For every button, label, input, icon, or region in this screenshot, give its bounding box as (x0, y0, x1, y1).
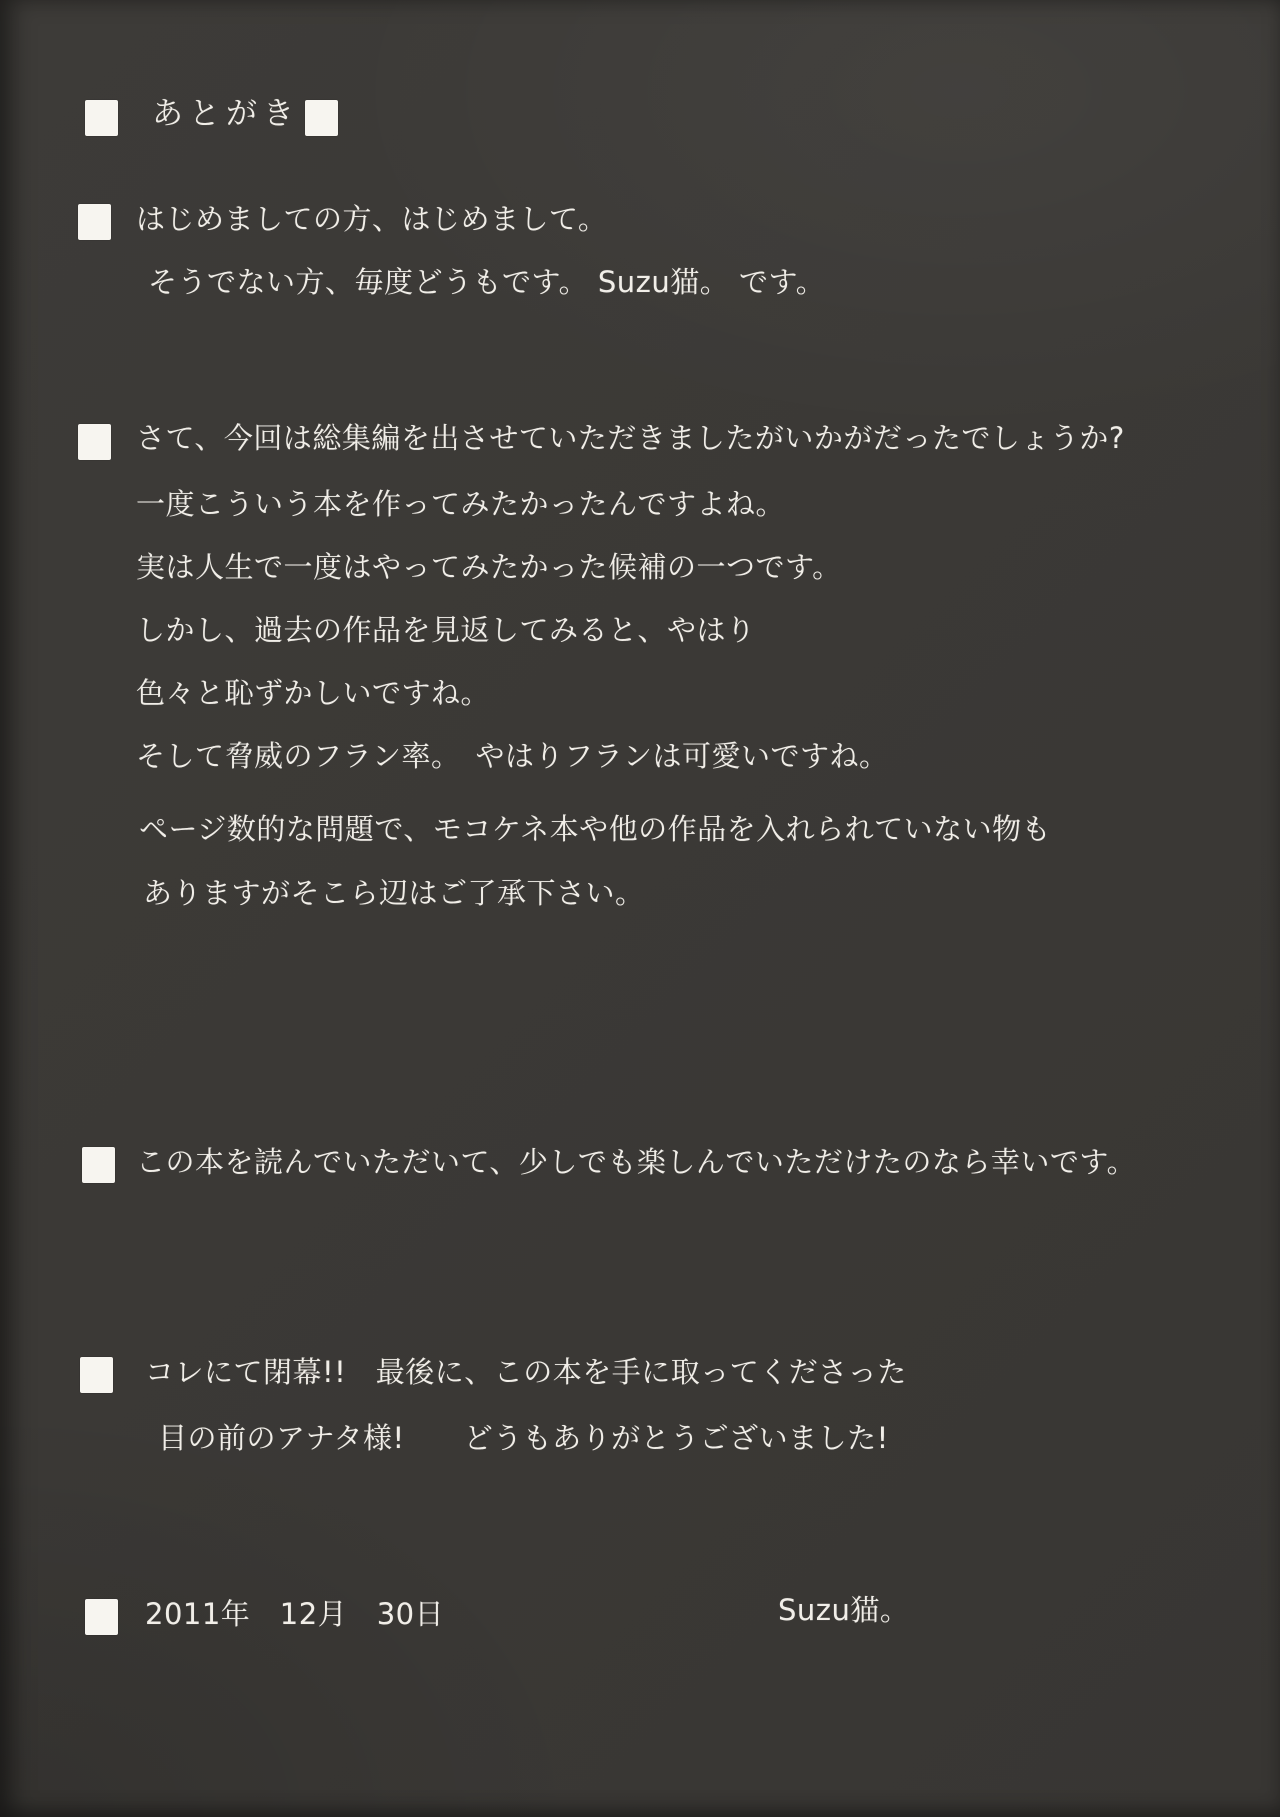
main-line-1: さて、今回は総集編を出させていただきましたがいかがだったでしょうか? (136, 421, 1125, 456)
thanks-line: この本を読んでいただいて、少しでも楽しんでいただけたのなら幸いです。 (136, 1145, 1136, 1180)
greeting-bullet-square (78, 204, 111, 240)
closing-bullet-square (80, 1357, 113, 1393)
footer-date: 2011年 12月 30日 (145, 1597, 444, 1632)
main-line-4: しかし、過去の作品を見返してみると、やはり (136, 613, 756, 648)
closing-line-2: 目の前のアナタ様! どうもありがとうございました! (158, 1421, 889, 1456)
title-bullet-right-square (305, 100, 338, 136)
greeting-line-2: そうでない方、毎度どうもです。 Suzu猫。 です。 (148, 265, 825, 300)
main-line-6: そして脅威のフラン率。 やはりフランは可愛いですね。 (136, 739, 889, 774)
main-line-2: 一度こういう本を作ってみたかったんですよね。 (136, 487, 785, 522)
greeting-line-1: はじめましての方、はじめまして。 (136, 202, 607, 237)
main-line-5: 色々と恥ずかしいですね。 (136, 676, 490, 711)
title-bullet-left-square (85, 100, 118, 136)
main-bullet-square (78, 424, 111, 460)
main-line-7: ページ数的な問題で、モコケネ本や他の作品を入れられていない物も (139, 812, 1051, 847)
closing-line-1: コレにて閉幕!! 最後に、この本を手に取ってくださった (145, 1355, 907, 1390)
main-line-8: ありますがそこら辺はご了承下さい。 (143, 876, 645, 911)
footer-bullet-square (85, 1599, 118, 1635)
footer-signature: Suzu猫。 (778, 1593, 909, 1628)
main-line-3: 実は人生で一度はやってみたかった候補の一つです。 (136, 550, 842, 585)
thanks-bullet-square (82, 1147, 115, 1183)
afterword-page: あとがき はじめましての方、はじめまして。 そうでない方、毎度どうもです。 Su… (0, 0, 1280, 1817)
page-title: あとがき (152, 96, 300, 133)
